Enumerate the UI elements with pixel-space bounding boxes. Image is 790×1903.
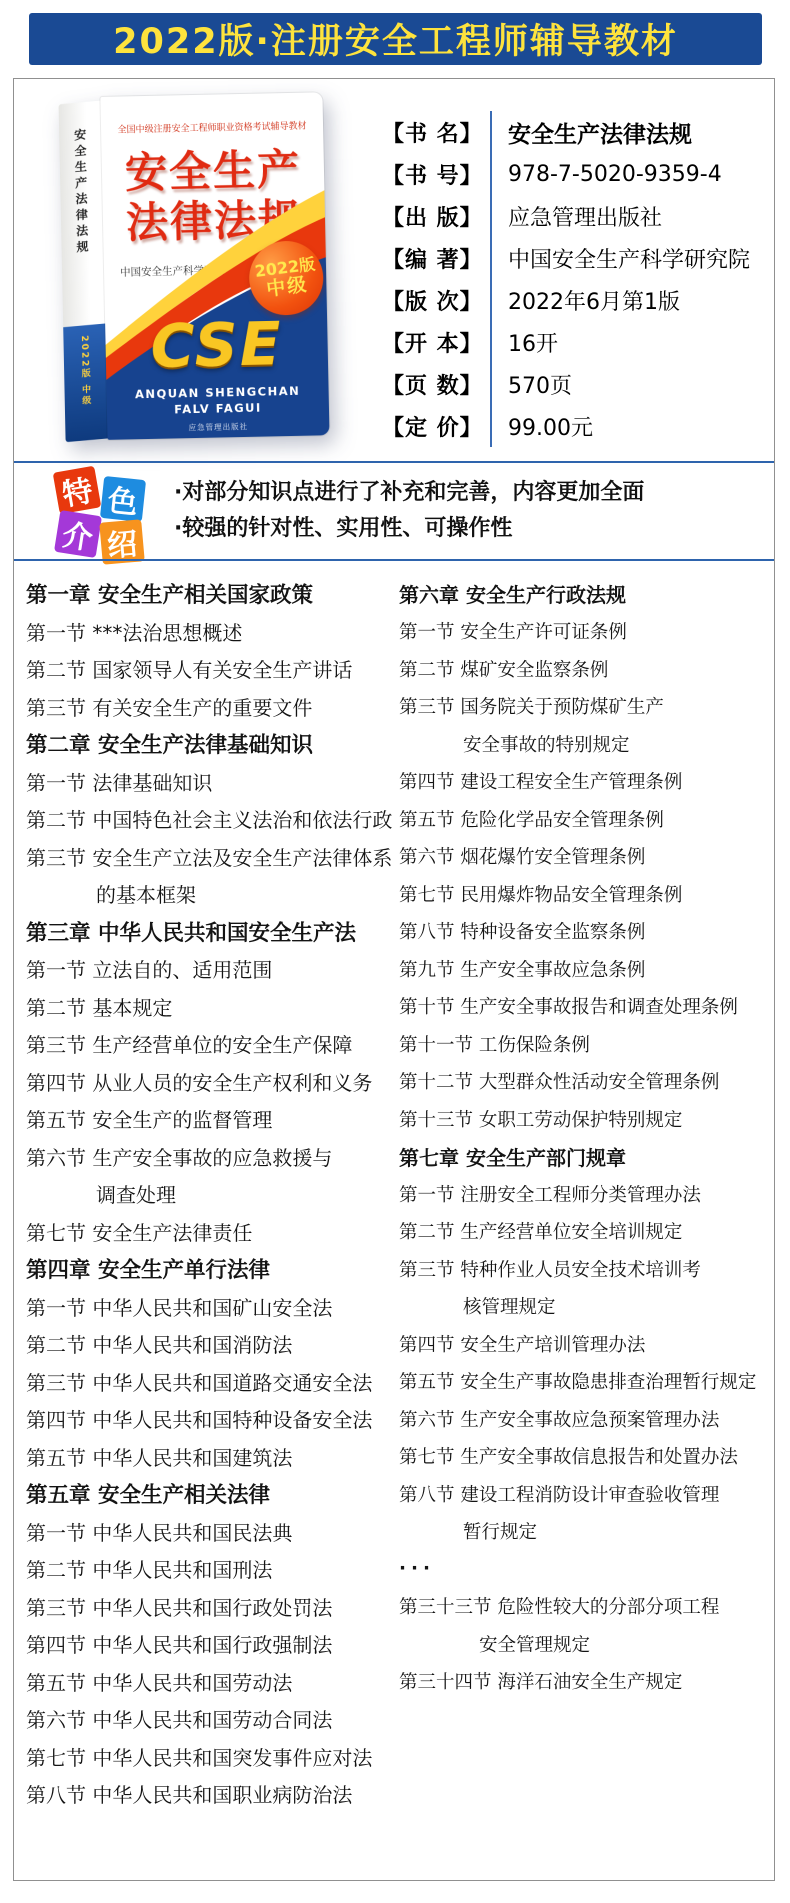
- detail-label: 【编 著】: [382, 237, 490, 279]
- toc-item: 第十二节 大型群众性活动安全管理条例: [399, 1063, 774, 1101]
- detail-label: 【定 价】: [382, 405, 490, 447]
- toc-item: 第四节 中华人民共和国特种设备安全法: [26, 1400, 399, 1438]
- cover-series-line: 全国中级注册安全工程师职业资格考试辅导教材: [101, 118, 323, 136]
- cover-cse-logo: CSE: [105, 312, 328, 379]
- detail-row: 【书 号】978-7-5020-9359-4: [382, 153, 776, 195]
- toc-chapter: 第五章 安全生产相关法律: [26, 1475, 399, 1513]
- toc-item: 第一节 法律基础知识: [26, 763, 399, 801]
- features-section: 特色介绍 ·对部分知识点进行了补充和完善，内容更加全面·较强的针对性、实用性、可…: [14, 463, 774, 559]
- toc-item: 第三节 安全生产立法及安全生产法律体系: [26, 838, 399, 876]
- toc-item: 第三节 中华人民共和国行政处罚法: [26, 1588, 399, 1626]
- toc-item: 调查处理: [26, 1175, 399, 1213]
- detail-row: 【页 数】570页: [382, 363, 776, 405]
- detail-label: 【书 号】: [382, 153, 490, 195]
- detail-value: 99.00元: [490, 405, 593, 447]
- toc-col-right: 第六章 安全生产行政法规第一节 安全生产许可证条例第二节 煤矿安全监察条例第三节…: [399, 575, 774, 1813]
- banner: 2022版·注册安全工程师辅导教材: [29, 13, 762, 65]
- detail-value: 2022年6月第1版: [490, 279, 680, 321]
- book-cover: 安全生产法律法规 2022版 中级 全国中级注册安全工程师职业资格考试辅导教材 …: [58, 92, 329, 443]
- toc-item: 暂行规定: [399, 1513, 774, 1551]
- table-of-contents: 第一章 安全生产相关国家政策第一节 ***法治思想概述第二节 国家领导人有关安全…: [14, 561, 774, 1813]
- cover-pinyin: ANQUAN SHENGCHAN FALV FAGUI: [106, 382, 329, 419]
- toc-item: 第一节 安全生产许可证条例: [399, 613, 774, 651]
- toc-item: 第三节 中华人民共和国道路交通安全法: [26, 1363, 399, 1401]
- toc-item: 第二节 生产经营单位安全培训规定: [399, 1213, 774, 1251]
- toc-item: 第七节 民用爆炸物品安全管理条例: [399, 875, 774, 913]
- detail-label: 【页 数】: [382, 363, 490, 405]
- detail-label: 【书 名】: [382, 111, 490, 153]
- toc-item: 第五节 危险化学品安全管理条例: [399, 800, 774, 838]
- book-spine-bottom: 2022版 中级: [63, 323, 107, 442]
- feature-bullets: ·对部分知识点进行了补充和完善，内容更加全面·较强的针对性、实用性、可操作性: [174, 475, 644, 547]
- detail-row: 【出 版】应急管理出版社: [382, 195, 776, 237]
- toc-item: 第五节 安全生产事故隐患排查治理暂行规定: [399, 1363, 774, 1401]
- toc-item: 第一节 中华人民共和国民法典: [26, 1513, 399, 1551]
- feature-badge: 特色介绍: [56, 469, 152, 557]
- book-spine-badge: 2022版 中级: [78, 335, 92, 407]
- detail-value: 978-7-5020-9359-4: [490, 153, 722, 195]
- detail-label: 【开 本】: [382, 321, 490, 363]
- toc-item: 第二节 煤矿安全监察条例: [399, 650, 774, 688]
- detail-row: 【编 著】中国安全生产科学研究院: [382, 237, 776, 279]
- detail-row: 【开 本】16开: [382, 321, 776, 363]
- toc-item: 第三节 有关安全生产的重要文件: [26, 688, 399, 726]
- details-rows: 【书 名】安全生产法律法规【书 号】978-7-5020-9359-4【出 版】…: [382, 111, 776, 447]
- detail-value: 安全生产法律法规: [490, 111, 692, 153]
- feature-badge-tile: 介: [54, 510, 102, 558]
- toc-item: 第八节 中华人民共和国职业病防治法: [26, 1775, 399, 1813]
- toc-item: 第六节 中华人民共和国劳动合同法: [26, 1700, 399, 1738]
- detail-row: 【定 价】99.00元: [382, 405, 776, 447]
- toc-item: 第六节 生产安全事故应急预案管理办法: [399, 1400, 774, 1438]
- book-spine-title: 安全生产法律法规: [72, 128, 92, 258]
- feature-badge-tile: 色: [100, 476, 146, 522]
- toc-item: 第六节 生产安全事故的应急救援与: [26, 1138, 399, 1176]
- toc-item: 第四节 中华人民共和国行政强制法: [26, 1625, 399, 1663]
- toc-item: 第四节 安全生产培训管理办法: [399, 1325, 774, 1363]
- toc-item: 第七节 安全生产法律责任: [26, 1213, 399, 1251]
- toc-item: 第十三节 女职工劳动保护特别规定: [399, 1100, 774, 1138]
- detail-value: 16开: [490, 321, 558, 363]
- toc-item: 第三节 生产经营单位的安全生产保障: [26, 1025, 399, 1063]
- toc-item: 第五节 中华人民共和国建筑法: [26, 1438, 399, 1476]
- toc-item: 第五节 中华人民共和国劳动法: [26, 1663, 399, 1701]
- toc-chapter: 第三章 中华人民共和国安全生产法: [26, 913, 399, 951]
- toc-item: 第八节 建设工程消防设计审查验收管理: [399, 1475, 774, 1513]
- toc-item: 安全事故的特别规定: [399, 725, 774, 763]
- toc-item: 第二节 中国特色社会主义法治和依法行政: [26, 800, 399, 838]
- toc-item: 第十节 生产安全事故报告和调查处理条例: [399, 988, 774, 1026]
- toc-item: 第四节 从业人员的安全生产权利和义务: [26, 1063, 399, 1101]
- toc-item: 第三十四节 海洋石油安全生产规定: [399, 1663, 774, 1701]
- banner-title: 2022版·注册安全工程师辅导教材: [113, 14, 678, 64]
- toc-item: 第三节 特种作业人员安全技术培训考: [399, 1250, 774, 1288]
- toc-item: 第十一节 工伤保险条例: [399, 1025, 774, 1063]
- toc-item: 第一节 立法自的、适用范围: [26, 950, 399, 988]
- toc-item: 的基本框架: [26, 875, 399, 913]
- toc-chapter: 第二章 安全生产法律基础知识: [26, 725, 399, 763]
- toc-item: 核管理规定: [399, 1288, 774, 1326]
- detail-row: 【版 次】2022年6月第1版: [382, 279, 776, 321]
- toc-item: 第七节 生产安全事故信息报告和处置办法: [399, 1438, 774, 1476]
- toc-item: 第九节 生产安全事故应急条例: [399, 950, 774, 988]
- toc-item: 第四节 建设工程安全生产管理条例: [399, 763, 774, 801]
- toc-item: 第二节 基本规定: [26, 988, 399, 1026]
- toc-item: 第六节 烟花爆竹安全管理条例: [399, 838, 774, 876]
- toc-item: 第三节 国务院关于预防煤矿生产: [399, 688, 774, 726]
- toc-chapter: 第六章 安全生产行政法规: [399, 575, 774, 613]
- toc-chapter: 第七章 安全生产部门规章: [399, 1138, 774, 1176]
- toc-item: 第五节 安全生产的监督管理: [26, 1100, 399, 1138]
- toc-item: 第二节 国家领导人有关安全生产讲话: [26, 650, 399, 688]
- feature-bullet: ·对部分知识点进行了补充和完善，内容更加全面: [174, 475, 644, 511]
- toc-item: 第七节 中华人民共和国突发事件应对法: [26, 1738, 399, 1776]
- book-details: 【书 名】安全生产法律法规【书 号】978-7-5020-9359-4【出 版】…: [382, 111, 776, 447]
- toc-ellipsis: ···: [399, 1550, 774, 1588]
- toc-item: 第八节 特种设备安全监察条例: [399, 913, 774, 951]
- toc-chapter: 第一章 安全生产相关国家政策: [26, 575, 399, 613]
- cover-badge-line2: 中级: [265, 274, 309, 300]
- detail-label: 【版 次】: [382, 279, 490, 321]
- toc-item: 第三十三节 危险性较大的分部分项工程: [399, 1588, 774, 1626]
- toc-item: 第一节 中华人民共和国矿山安全法: [26, 1288, 399, 1326]
- toc-item: 第二节 中华人民共和国刑法: [26, 1550, 399, 1588]
- content-box: 安全生产法律法规 2022版 中级 全国中级注册安全工程师职业资格考试辅导教材 …: [13, 78, 775, 1881]
- feature-bullet: ·较强的针对性、实用性、可操作性: [174, 511, 644, 547]
- book-front-cover: 全国中级注册安全工程师职业资格考试辅导教材 安全生产 法律法规 中国安全生产科学…: [100, 92, 329, 440]
- toc-item: 第二节 中华人民共和国消防法: [26, 1325, 399, 1363]
- feature-badge-tile: 特: [53, 466, 102, 515]
- toc-col-left: 第一章 安全生产相关国家政策第一节 ***法治思想概述第二节 国家领导人有关安全…: [26, 575, 399, 1813]
- detail-value: 570页: [490, 363, 572, 405]
- toc-item: 安全管理规定: [399, 1625, 774, 1663]
- toc-item: 第一节 ***法治思想概述: [26, 613, 399, 651]
- detail-value: 应急管理出版社: [490, 195, 662, 237]
- toc-item: 第一节 注册安全工程师分类管理办法: [399, 1175, 774, 1213]
- feature-badge-tile: 绍: [99, 519, 145, 565]
- toc-chapter: 第四章 安全生产单行法律: [26, 1250, 399, 1288]
- detail-label: 【出 版】: [382, 195, 490, 237]
- detail-value: 中国安全生产科学研究院: [490, 237, 750, 279]
- detail-row: 【书 名】安全生产法律法规: [382, 111, 776, 153]
